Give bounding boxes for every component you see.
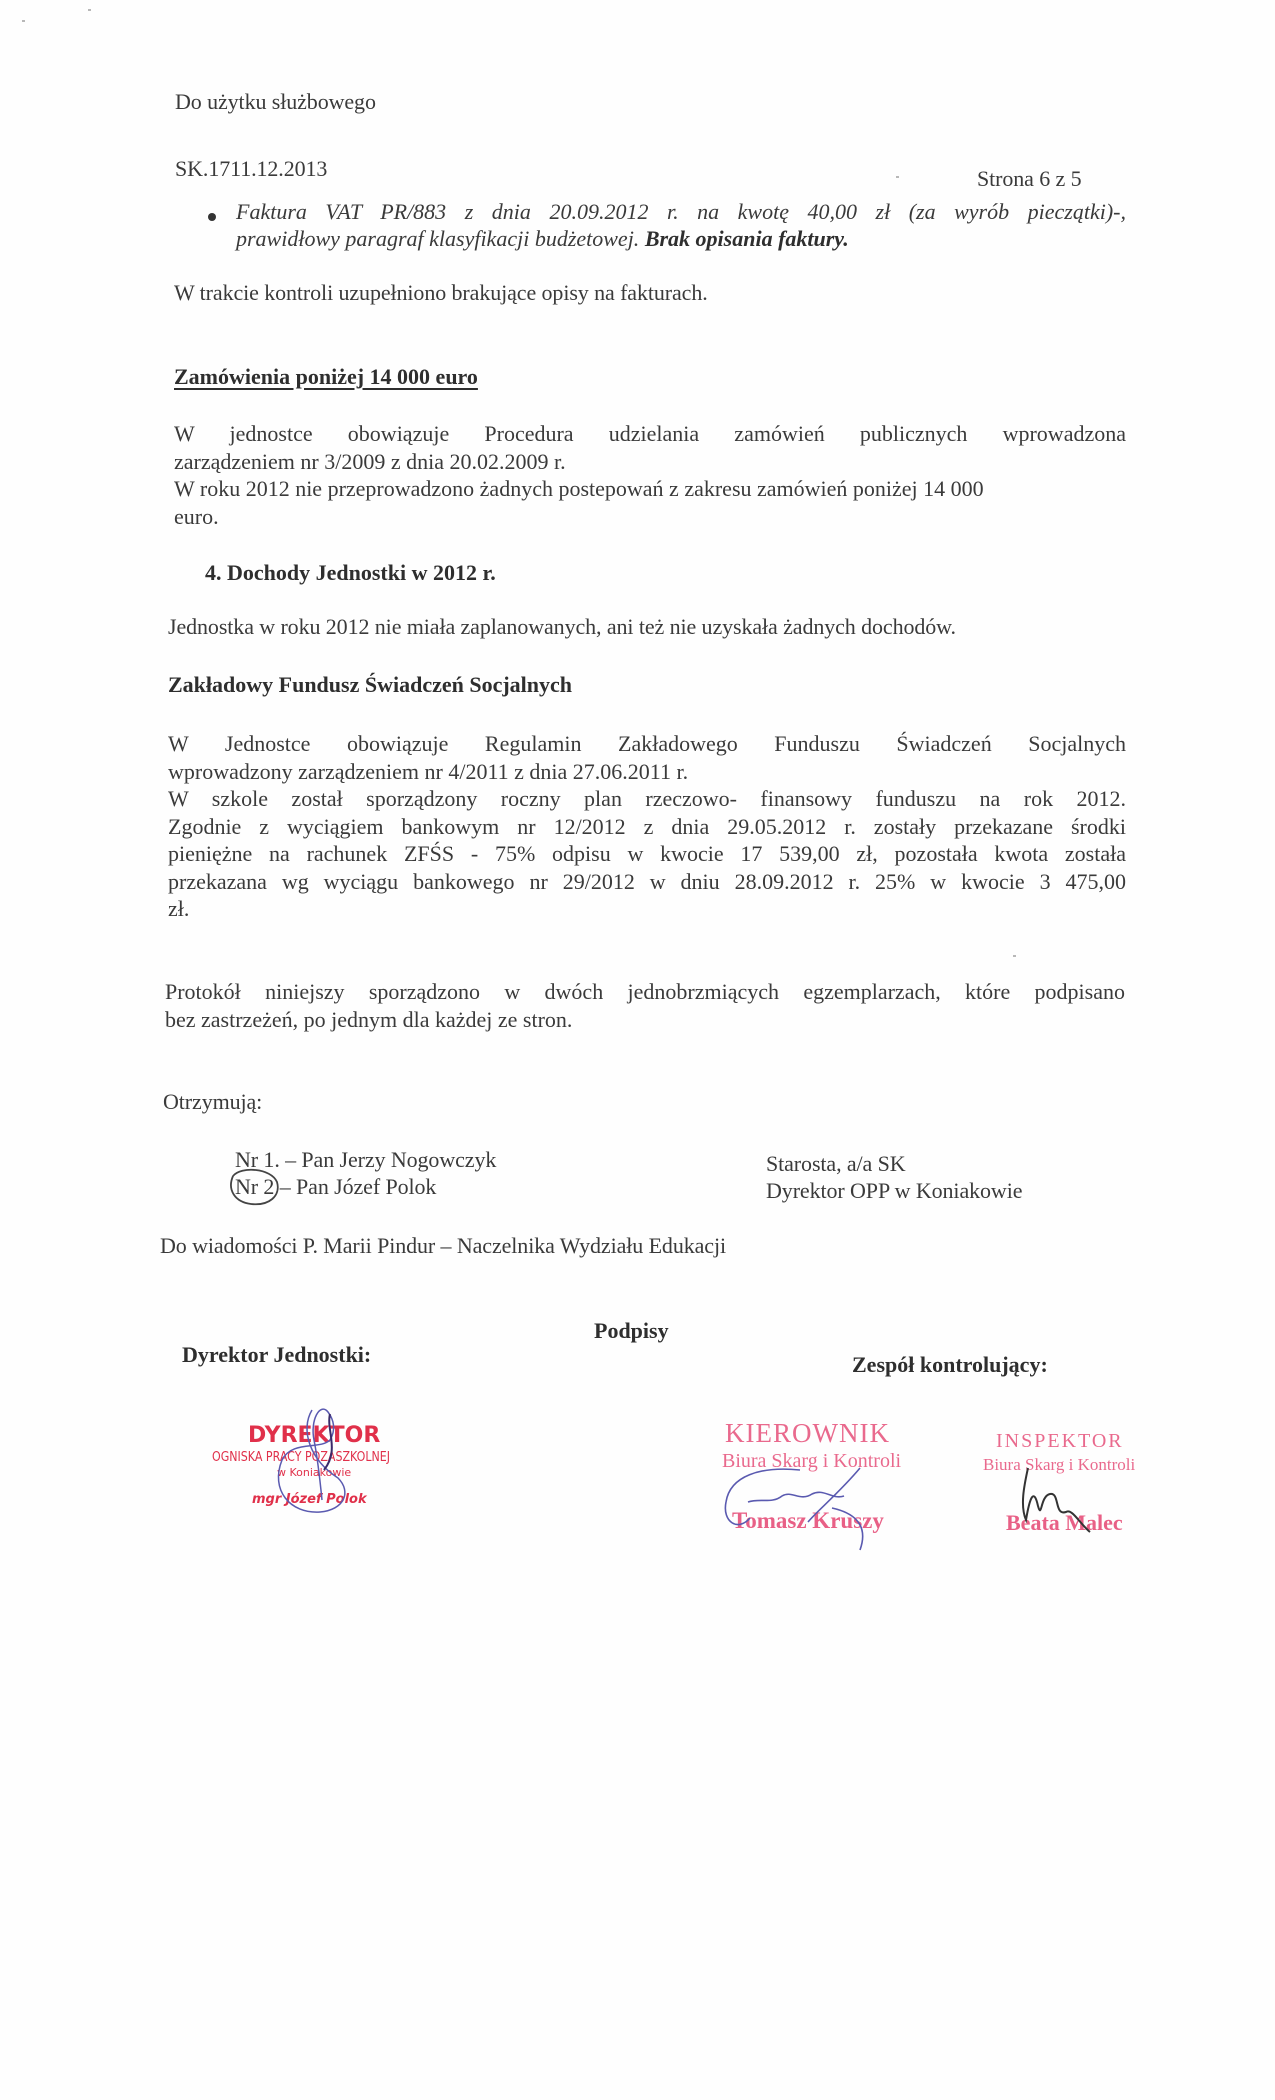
director-signature-icon xyxy=(240,1400,390,1520)
zfss-line: W Jednostce obowiązuje Regulamin Zakłado… xyxy=(168,730,1126,758)
inspector-signature-icon xyxy=(1010,1466,1100,1536)
orders-line: W roku 2012 nie przeprowadzono żadnych p… xyxy=(174,475,1126,503)
protocol-line: Protokół niniejszy sporządzono w dwóch j… xyxy=(165,978,1125,1006)
recipient-name: – Pan Józef Polok xyxy=(280,1174,437,1199)
orders-paragraph: W jednostce obowiązuje Procedura udziela… xyxy=(174,420,1126,530)
income-text: Jednostka w roku 2012 nie miała zaplanow… xyxy=(168,613,956,640)
page-number: Strona 6 z 5 xyxy=(977,165,1082,192)
zfss-heading: Zakładowy Fundusz Świadczeń Socjalnych xyxy=(168,672,572,698)
bullet-icon xyxy=(208,213,216,221)
protocol-paragraph: Protokół niniejszy sporządzono w dwóch j… xyxy=(165,978,1125,1033)
zfss-line: Zgodnie z wyciągiem bankowym nr 12/2012 … xyxy=(168,813,1126,841)
zfss-line: przekazana wg wyciągu bankowego nr 29/20… xyxy=(168,868,1126,896)
control-team-label: Zespół kontrolujący: xyxy=(852,1352,1048,1378)
invoice-missing-note: Brak opisania faktury. xyxy=(645,226,849,251)
manager-stamp-title: KIEROWNIK xyxy=(725,1418,890,1449)
scan-speck xyxy=(22,20,25,22)
orders-line: W jednostce obowiązuje Procedura udziela… xyxy=(174,420,1126,448)
reference-number: SK.1711.12.2013 xyxy=(175,155,327,182)
cc-line: Do wiadomości P. Marii Pindur – Naczelni… xyxy=(160,1232,726,1259)
scan-speck xyxy=(896,176,899,178)
scan-speck xyxy=(1013,955,1016,957)
inspector-stamp-title: INSPEKTOR xyxy=(996,1430,1124,1453)
recipient-2: Nr 2 – Pan Józef Polok xyxy=(235,1173,436,1200)
zfss-line: pieniężne na rachunek ZFŚS - 75% odpisu … xyxy=(168,840,1126,868)
recipient-2-role: Dyrektor OPP w Koniakowie xyxy=(766,1177,1022,1204)
handwritten-circle-icon xyxy=(227,1168,283,1208)
orders-line: zarządzeniem nr 3/2009 z dnia 20.02.2009… xyxy=(174,448,1126,476)
scan-speck xyxy=(88,9,91,11)
invoice-item: Faktura VAT PR/883 z dnia 20.09.2012 r. … xyxy=(236,198,1126,252)
manager-signature-icon xyxy=(720,1462,920,1552)
invoice-line-1: Faktura VAT PR/883 z dnia 20.09.2012 r. … xyxy=(236,198,1126,225)
classification-label: Do użytku służbowego xyxy=(175,88,376,115)
recipient-name: – Pan Jerzy Nogowczyk xyxy=(285,1147,496,1172)
unit-director-label: Dyrektor Jednostki: xyxy=(182,1342,371,1368)
recipients-label: Otrzymują: xyxy=(163,1088,262,1115)
zfss-line: W szkole został sporządzony roczny plan … xyxy=(168,785,1126,813)
zfss-line: zł. xyxy=(168,895,1126,923)
orders-line: euro. xyxy=(174,503,1126,531)
invoice-line-2: prawidłowy paragraf klasyfikacji budżeto… xyxy=(236,226,645,251)
protocol-line: bez zastrzeżeń, po jednym dla każdej ze … xyxy=(165,1006,1125,1034)
zfss-line: wprowadzony zarządzeniem nr 4/2011 z dni… xyxy=(168,758,1126,786)
income-heading: 4. Dochody Jednostki w 2012 r. xyxy=(205,560,496,586)
control-note: W trakcie kontroli uzupełniono brakujące… xyxy=(174,279,708,306)
signatures-title: Podpisy xyxy=(594,1318,669,1344)
recipient-number: Nr 2 xyxy=(235,1174,280,1199)
document-page: Do użytku służbowego SK.1711.12.2013 Str… xyxy=(0,0,1275,2100)
zfss-paragraph: W Jednostce obowiązuje Regulamin Zakłado… xyxy=(168,730,1126,923)
recipient-1-role: Starosta, a/a SK xyxy=(766,1150,906,1177)
orders-heading: Zamówienia poniżej 14 000 euro xyxy=(174,364,478,390)
